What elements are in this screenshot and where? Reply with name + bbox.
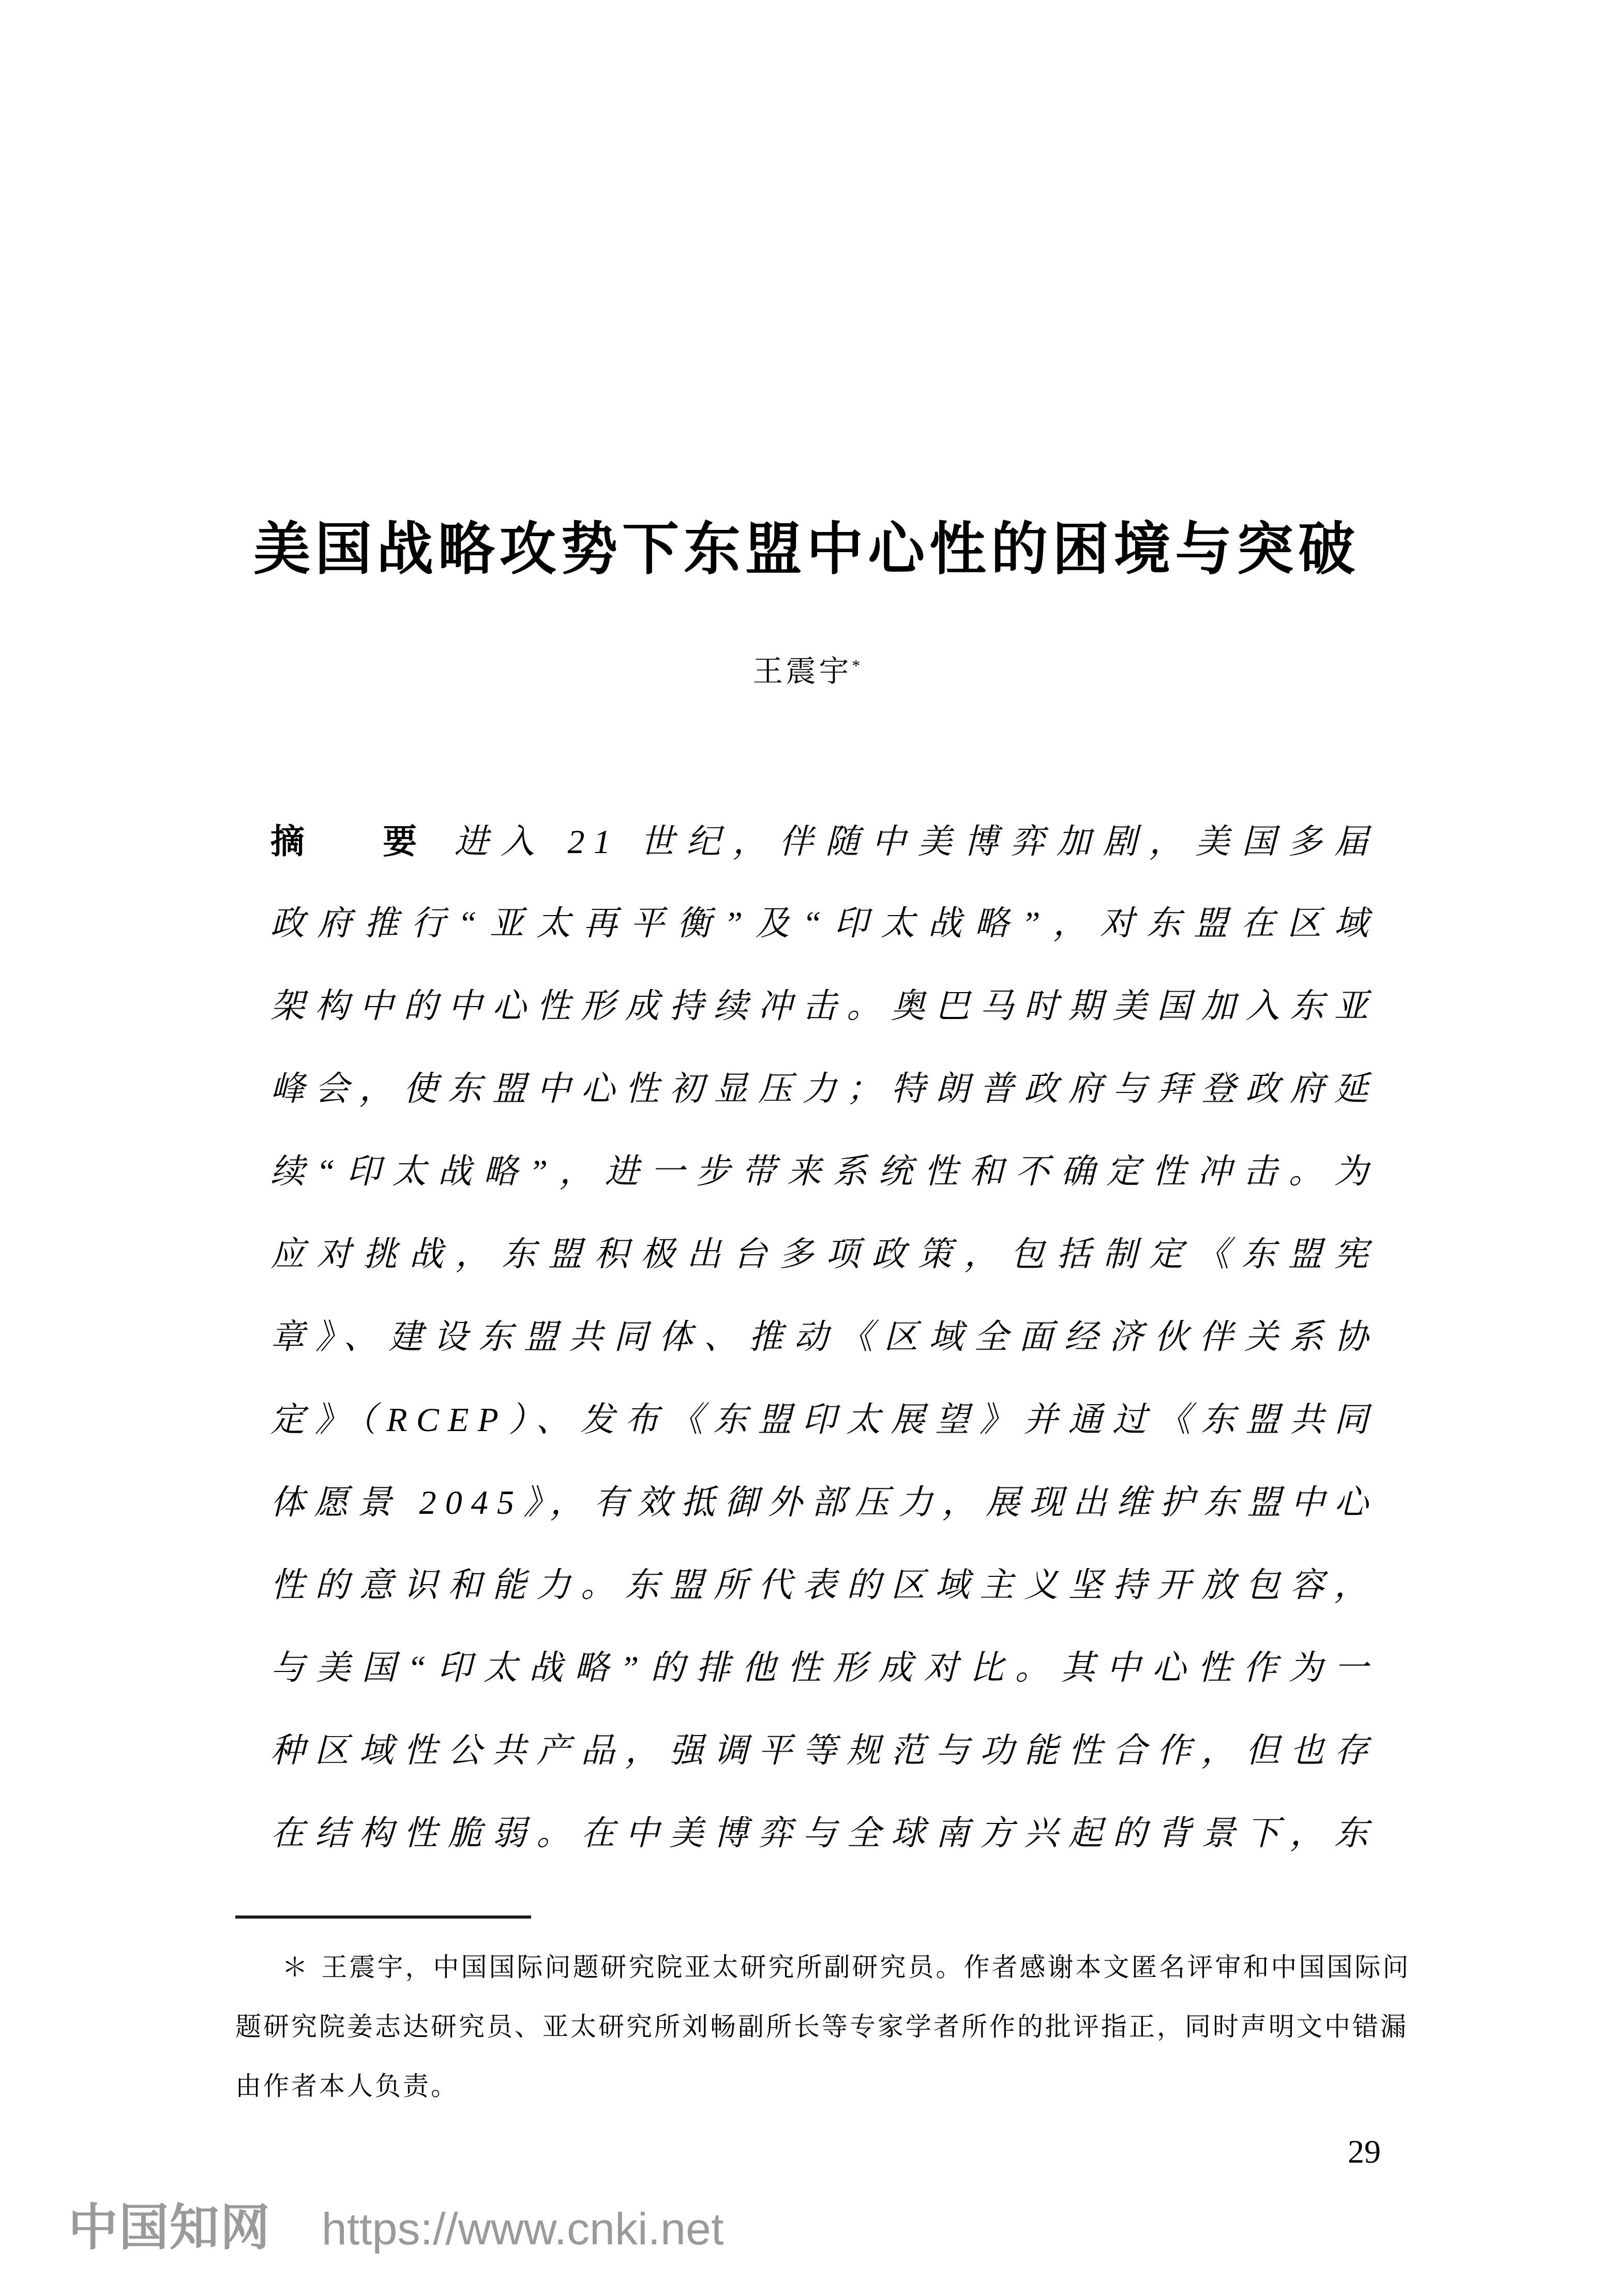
article-title: 美国战略攻势下东盟中心性的困境与突破 — [0, 514, 1613, 584]
abstract-line-7: 章》、建设东盟共同体、推动《区域全面经济伙伴关系协 — [270, 1296, 1377, 1379]
abstract-label: 摘 要 — [270, 822, 439, 860]
abstract-line-13: 在结构性脆弱。在中美博弈与全球南方兴起的背景下，东 — [270, 1792, 1377, 1875]
document-page: 美国战略攻势下东盟中心性的困境与突破 王震宇* 摘 要进入 21 世纪，伴随中美… — [0, 0, 1613, 2296]
author-name: 王震宇 — [753, 655, 852, 688]
footnote-divider — [235, 1915, 531, 1919]
abstract-line-8: 定》（RCEP）、发布《东盟印太展望》并通过《东盟共同 — [270, 1379, 1377, 1462]
footnote-line-1: ＊王震宇，中国国际问题研究院亚太研究所副研究员。作者感谢本文匿名评审和中国国际问 — [235, 1938, 1381, 1997]
abstract-line-3: 架构中的中心性形成持续冲击。奥巴马时期美国加入东亚 — [270, 965, 1377, 1048]
abstract-line-11: 与美国“印太战略”的排他性形成对比。其中心性作为一 — [270, 1627, 1377, 1710]
footnote-line-2: 题研究院姜志达研究员、亚太研究所刘畅副所长等专家学者所作的批评指正，同时声明文中… — [235, 1997, 1381, 2057]
author-line: 王震宇* — [0, 645, 1613, 692]
page-number: 29 — [1226, 2131, 1381, 2172]
watermark: 中国知网https://www.cnki.net — [68, 2188, 723, 2259]
abstract-line-10: 性的意识和能力。东盟所代表的区域主义坚持开放包容， — [270, 1544, 1377, 1627]
abstract-line-9: 体愿景 2045》，有效抵御外部压力，展现出维护东盟中心 — [270, 1462, 1377, 1544]
abstract-line-1-text: 进入 21 世纪，伴随中美博弈加剧，美国多届 — [455, 823, 1377, 861]
cnki-logo-text: 中国知网 — [68, 2200, 271, 2255]
abstract-line-5: 续“印太战略”，进一步带来系统性和不确定性冲击。为 — [270, 1131, 1377, 1213]
abstract-line-12: 种区域性公共产品，强调平等规范与功能性合作，但也存 — [270, 1710, 1377, 1792]
abstract-block: 摘 要进入 21 世纪，伴随中美博弈加剧，美国多届 政府推行“亚太再平衡”及“印… — [270, 800, 1377, 1875]
abstract-line-2: 政府推行“亚太再平衡”及“印太战略”，对东盟在区域 — [270, 883, 1377, 965]
cnki-url-text: https://www.cnki.net — [322, 2203, 724, 2254]
footnote-line-1-text: 王震宇，中国国际问题研究院亚太研究所副研究员。作者感谢本文匿名评审和中国国际问 — [322, 1953, 1411, 1982]
abstract-line-6: 应对挑战，东盟积极出台多项政策，包括制定《东盟宪 — [270, 1213, 1377, 1296]
footnote-block: ＊王震宇，中国国际问题研究院亚太研究所副研究员。作者感谢本文匿名评审和中国国际问… — [235, 1938, 1381, 2116]
author-footnote-mark: * — [852, 657, 860, 675]
abstract-line-1: 摘 要进入 21 世纪，伴随中美博弈加剧，美国多届 — [270, 800, 1377, 883]
footnote-line-3: 由作者本人负责。 — [235, 2057, 1381, 2116]
footnote-marker: ＊ — [282, 1953, 310, 1982]
abstract-line-4: 峰会，使东盟中心性初显压力；特朗普政府与拜登政府延 — [270, 1048, 1377, 1131]
